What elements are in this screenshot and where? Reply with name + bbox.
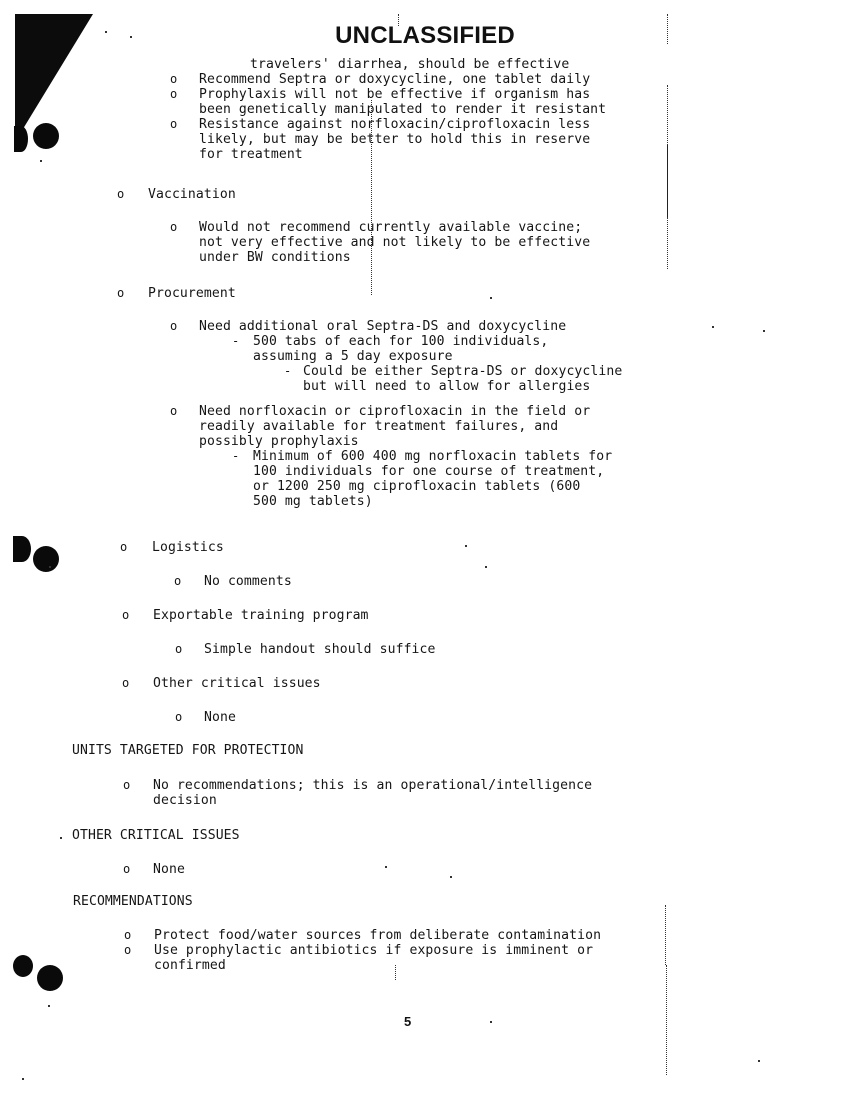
speck — [60, 837, 62, 839]
page-number: 5 — [404, 1014, 411, 1029]
fold-line — [666, 965, 668, 1075]
speck — [40, 160, 42, 162]
text-line: Other critical issues — [153, 676, 321, 691]
bullet-icon: o — [170, 220, 177, 235]
bullet-icon: o — [120, 540, 127, 555]
fold-line — [667, 85, 669, 145]
fold-line — [667, 217, 669, 269]
fold-line — [665, 905, 667, 965]
bullet-icon: o — [124, 928, 131, 943]
text-line: possibly prophylaxis — [199, 434, 359, 449]
speck — [485, 566, 487, 568]
text-line: but will need to allow for allergies — [303, 379, 590, 394]
text-line: Need additional oral Septra-DS and doxyc… — [199, 319, 566, 334]
text-line: Recommend Septra or doxycycline, one tab… — [199, 72, 590, 87]
punch-hole — [33, 123, 59, 149]
text-line: or 1200 250 mg ciprofloxacin tablets (60… — [253, 479, 580, 494]
fold-line — [667, 145, 669, 217]
bullet-icon: o — [124, 943, 131, 958]
section-item-line: decision — [153, 793, 217, 808]
text-line: not very effective and not likely to be … — [199, 235, 590, 250]
text-line: Resistance against norfloxacin/ciproflox… — [199, 117, 590, 132]
bullet-icon: o — [170, 117, 177, 132]
bullet-icon: o — [117, 187, 124, 202]
speck — [450, 876, 452, 878]
section-item-line: Protect food/water sources from delibera… — [154, 928, 601, 943]
text-line: travelers' diarrhea, should be effective — [250, 57, 569, 72]
bullet-icon: o — [175, 710, 182, 725]
speck — [763, 330, 765, 332]
text-line: Minimum of 600 400 mg norfloxacin tablet… — [253, 449, 612, 464]
dash-bullet-icon: - — [232, 334, 239, 349]
bullet-icon: o — [117, 286, 124, 301]
text-line: Prophylaxis will not be effective if org… — [199, 87, 590, 102]
punch-hole — [37, 965, 63, 991]
punch-hole — [33, 546, 59, 572]
bullet-icon: o — [170, 319, 177, 334]
text-line: assuming a 5 day exposure — [253, 349, 453, 364]
text-line: for treatment — [199, 147, 303, 162]
text-line: None — [204, 710, 236, 725]
punch-hole-half — [13, 955, 33, 977]
speck — [712, 326, 714, 328]
text-line: Logistics — [152, 540, 224, 555]
speck — [490, 297, 492, 299]
text-line: Need norfloxacin or ciprofloxacin in the… — [199, 404, 590, 419]
bullet-icon: o — [170, 404, 177, 419]
bullet-icon: o — [170, 72, 177, 87]
dash-bullet-icon: - — [284, 364, 291, 379]
text-line: Could be either Septra-DS or doxycycline — [303, 364, 622, 379]
section-heading-other: OTHER CRITICAL ISSUES — [72, 828, 240, 843]
section-item-line: No recommendations; this is an operation… — [153, 778, 592, 793]
bullet-icon: o — [123, 778, 130, 793]
classification-marking: UNCLASSIFIED — [0, 22, 850, 50]
text-line: 500 tabs of each for 100 individuals, — [253, 334, 548, 349]
speck — [22, 1078, 24, 1080]
text-line: likely, but may be better to hold this i… — [199, 132, 590, 147]
punch-hole-half — [13, 536, 31, 562]
section-heading-recommendations: RECOMMENDATIONS — [73, 894, 193, 909]
text-line: Simple handout should suffice — [204, 642, 436, 657]
speck — [48, 1005, 50, 1007]
text-line: Would not recommend currently available … — [199, 220, 582, 235]
text-line: readily available for treatment failures… — [199, 419, 558, 434]
bullet-icon: o — [170, 87, 177, 102]
speck — [490, 1021, 492, 1023]
bullet-icon: o — [122, 608, 129, 623]
bullet-icon: o — [122, 676, 129, 691]
text-line: Vaccination — [148, 187, 236, 202]
speck — [465, 545, 467, 547]
text-line: 100 individuals for one course of treatm… — [253, 464, 604, 479]
section-item-line: confirmed — [154, 958, 226, 973]
speck — [49, 566, 51, 568]
fold-line — [395, 965, 397, 980]
dash-bullet-icon: - — [232, 449, 239, 464]
text-line: been genetically manipulated to render i… — [199, 102, 606, 117]
text-line: No comments — [204, 574, 292, 589]
text-line: under BW conditions — [199, 250, 351, 265]
document-page: UNCLASSIFIED travelers' diarrhea, should… — [0, 0, 850, 1099]
section-item-line: None — [153, 862, 185, 877]
bullet-icon: o — [123, 862, 130, 877]
speck — [385, 866, 387, 868]
section-heading-units: UNITS TARGETED FOR PROTECTION — [72, 743, 304, 758]
bullet-icon: o — [175, 642, 182, 657]
speck — [758, 1060, 760, 1062]
text-line: Exportable training program — [153, 608, 369, 623]
punch-hole-half — [14, 126, 28, 152]
bullet-icon: o — [174, 574, 181, 589]
section-item-line: Use prophylactic antibiotics if exposure… — [154, 943, 593, 958]
text-line: Procurement — [148, 286, 236, 301]
text-line: 500 mg tablets) — [253, 494, 373, 509]
